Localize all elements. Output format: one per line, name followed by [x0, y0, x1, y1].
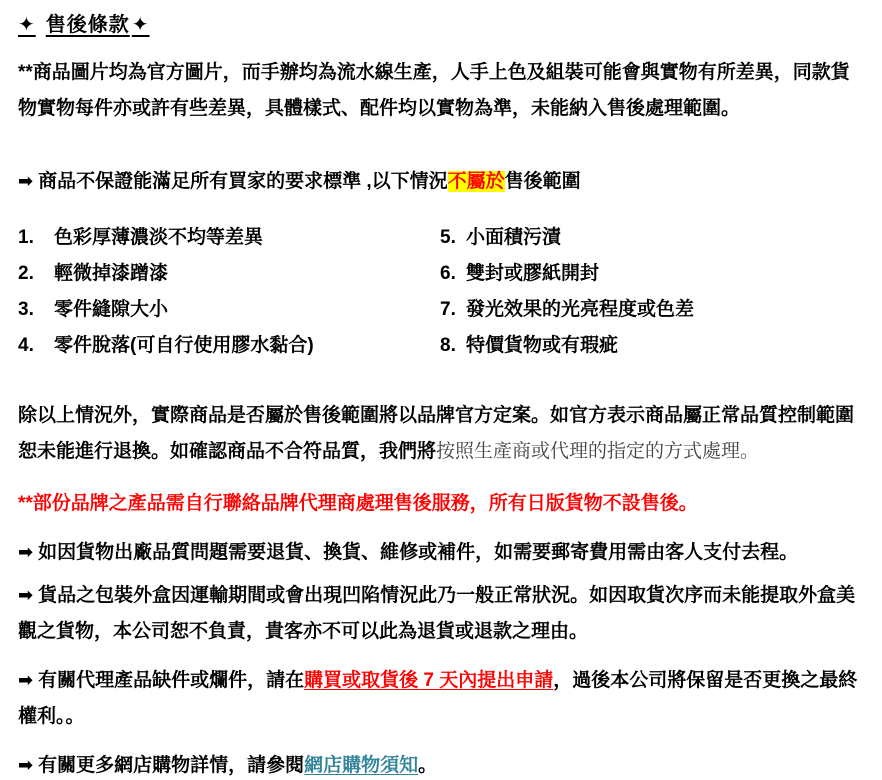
arrow-icon: ➡	[18, 585, 33, 605]
scope-heading-post: 售後範圍	[505, 171, 581, 192]
brand-notice: **部份品牌之產品需自行聯絡品牌代理商處理售後服務，所有日版貨物不設售後。	[18, 486, 864, 522]
more-info-post: 。	[418, 755, 437, 776]
list-item-text: 色彩厚薄濃淡不均等差異	[54, 227, 263, 248]
store-shopping-guide-link[interactable]: 網店購物須知	[304, 755, 418, 776]
page-title: ✦售後條款✦	[18, 8, 864, 37]
list-item-text: 雙封或膠紙開封	[466, 263, 599, 284]
list-item: 6.雙封或膠紙開封	[440, 256, 864, 292]
packaging-policy-text: 貨品之包裝外盒因運輸期間或會出現凹陷情況此乃一般正常狀況。如因取貨次序而未能提取…	[18, 585, 855, 642]
list-item-number: 5.	[440, 220, 466, 256]
scope-heading: ➡商品不保證能滿足所有買家的要求標準 ,以下情況不屬於售後範圍	[18, 163, 864, 200]
list-item-number: 8.	[440, 328, 466, 364]
scope-heading-highlight: 不屬於	[448, 171, 505, 192]
list-item-number: 4.	[18, 328, 54, 364]
claim-pre: 有關代理產品缺件或爛件，請在	[38, 670, 304, 691]
list-item-text: 小面積污漬	[466, 227, 561, 248]
list-item: 2.輕微掉漆蹭漆	[18, 256, 440, 292]
claim-deadline: 購買或取貨後 7 天內提出申請	[304, 670, 553, 691]
shipping-policy: ➡如因貨物出廠品質問題需要退貨、換貨、維修或補件，如需要郵寄費用需由客人支付去程…	[18, 534, 864, 571]
list-item: 1.色彩厚薄濃淡不均等差異	[18, 220, 440, 256]
scope-heading-pre: 商品不保證能滿足所有買家的要求標準 ,以下情況	[38, 171, 448, 192]
star-icon: ✦	[18, 14, 36, 36]
list-item-text: 零件脫落(可自行使用膠水黏合)	[54, 335, 314, 356]
list-item-text: 輕微掉漆蹭漆	[54, 263, 168, 284]
defect-list: 1.色彩厚薄濃淡不均等差異 5.小面積污漬 2.輕微掉漆蹭漆 6.雙封或膠紙開封…	[18, 220, 864, 364]
arrow-icon: ➡	[18, 755, 33, 775]
packaging-policy: ➡貨品之包裝外盒因運輸期間或會出現凹陷情況此乃一般正常狀況。如因取貨次序而未能提…	[18, 577, 864, 650]
list-item-number: 3.	[18, 292, 54, 328]
page-title-text: 售後條款	[46, 14, 130, 36]
list-item-text: 發光效果的光亮程度或色差	[466, 299, 694, 320]
more-info: ➡有關更多網店購物詳情，請參閱網店購物須知。	[18, 747, 864, 780]
list-item: 7.發光效果的光亮程度或色差	[440, 292, 864, 328]
list-item: 4.零件脫落(可自行使用膠水黏合)	[18, 328, 440, 364]
list-item-number: 1.	[18, 220, 54, 256]
list-item-text: 特價貨物或有瑕疵	[466, 335, 618, 356]
list-item-number: 7.	[440, 292, 466, 328]
after-sales-terms-document: ✦售後條款✦ **商品圖片均為官方圖片，而手辦均為流水線生產，人手上色及組裝可能…	[0, 0, 882, 780]
list-item-number: 6.	[440, 256, 466, 292]
star-icon: ✦	[132, 14, 150, 36]
arrow-icon: ➡	[18, 171, 33, 191]
list-item: 3.零件縫隙大小	[18, 292, 440, 328]
shipping-policy-text: 如因貨物出廠品質問題需要退貨、換貨、維修或補件，如需要郵寄費用需由客人支付去程。	[38, 542, 798, 563]
arrow-icon: ➡	[18, 542, 33, 562]
claim-policy: ➡有關代理產品缺件或爛件，請在購買或取貨後 7 天內提出申請，過後本公司將保留是…	[18, 662, 864, 735]
list-item: 8.特價貨物或有瑕疵	[440, 328, 864, 364]
intro-paragraph: **商品圖片均為官方圖片，而手辦均為流水線生產，人手上色及組裝可能會與實物有所差…	[18, 55, 864, 127]
list-item-text: 零件縫隙大小	[54, 299, 168, 320]
list-item: 5.小面積污漬	[440, 220, 864, 256]
more-info-pre: 有關更多網店購物詳情，請參閱	[38, 755, 304, 776]
decision-paragraph: 除以上情況外，實際商品是否屬於售後範圍將以品牌官方定案。如官方表示商品屬正常品質…	[18, 398, 864, 470]
arrow-icon: ➡	[18, 670, 33, 690]
decision-secondary: 按照生產商或代理的指定的方式處理。	[436, 441, 759, 462]
list-item-number: 2.	[18, 256, 54, 292]
